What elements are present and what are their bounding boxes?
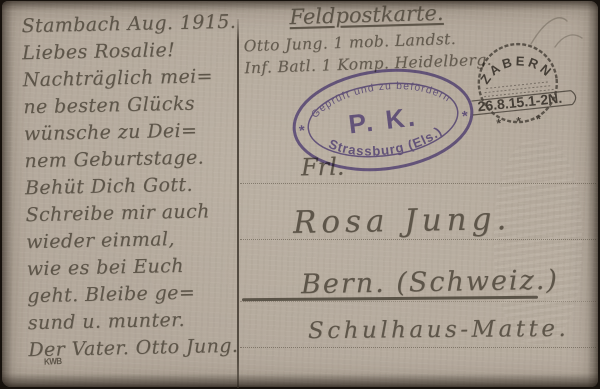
message-block: Stambach Aug. 1915. Liebes Rosalie! Nach… [21,9,240,364]
address-rule-3 [240,301,596,302]
postcard-scan: Stambach Aug. 1915. Liebes Rosalie! Nach… [0,0,600,389]
censor-center-text: P. K. [347,101,419,139]
message-line: Schreibe mir auch [25,198,238,229]
censor-stamp: Geprüft und zu befördern P. K. Strassbur… [283,56,483,184]
address-city: Bern. (Schweiz.) [301,265,559,301]
postcard: Stambach Aug. 1915. Liebes Rosalie! Nach… [2,1,598,387]
postmark-date: 26.8.15.1-2N. [477,90,563,115]
postmark-stamp: ZABERN 26.8.15.1-2N. * * * [454,35,585,135]
feldpostkarte-title: Feldpostkarte. [254,0,480,30]
censor-left-star: * [298,122,306,140]
printer-mark: KWB [44,356,62,367]
message-line: Nachträglich mei= [22,63,235,94]
message-line: Stambach Aug. 1915. [21,9,234,40]
address-street: Schulhaus-Matte. [308,314,569,347]
address-rule-4 [240,347,596,348]
address-rule-1 [240,183,596,184]
address-name: Rosa Jung. [293,202,512,240]
divider-line [237,19,239,388]
postmark-stars: * * * [496,111,548,130]
